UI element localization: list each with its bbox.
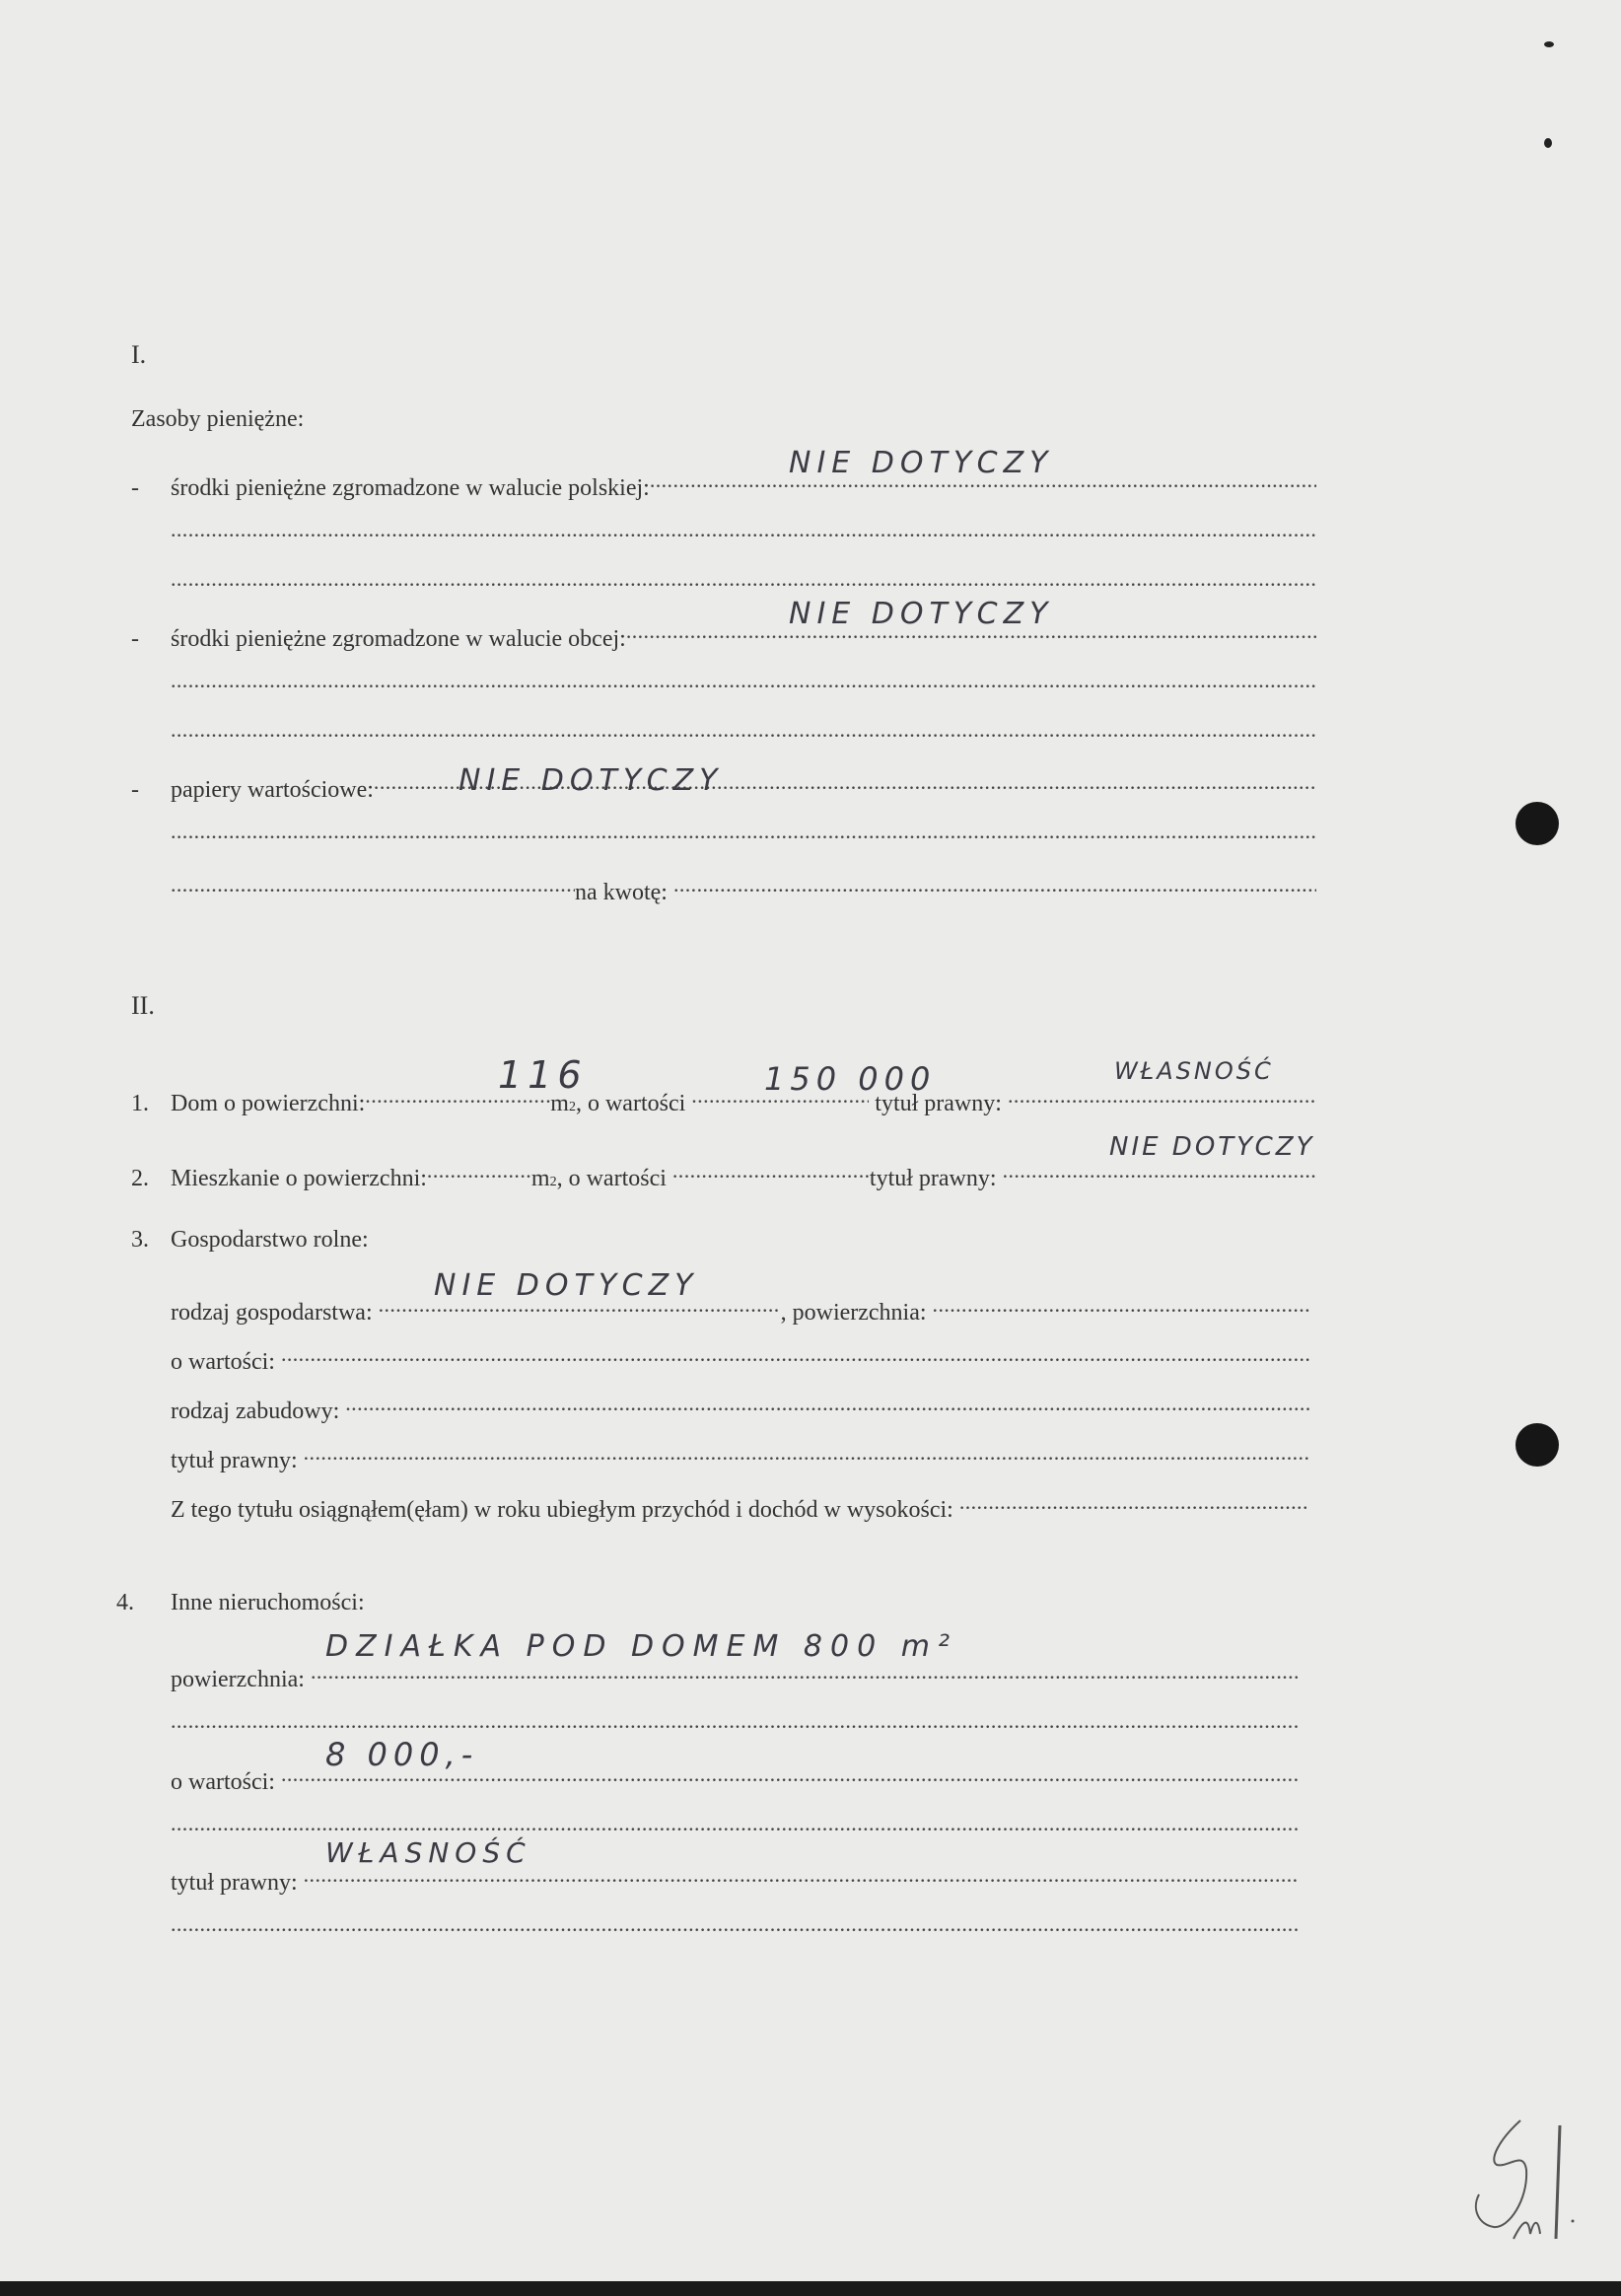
pln-funds-line-2[interactable] bbox=[171, 515, 1316, 544]
punch-hole-top bbox=[1515, 802, 1559, 845]
foreign-funds-handwritten: NIE DOTYCZY bbox=[789, 597, 1053, 631]
farm-value-field[interactable] bbox=[281, 1339, 1309, 1369]
securities-handwritten: NIE DOTYCZY bbox=[458, 763, 723, 798]
flat-area-field[interactable] bbox=[427, 1156, 531, 1185]
farm-type-handwritten: NIE DOTYCZY bbox=[434, 1268, 698, 1303]
punch-hole-bottom bbox=[1515, 1423, 1559, 1467]
foreign-funds-row: - środki pieniężne zgromadzone w walucie… bbox=[131, 616, 1316, 654]
scan-speck bbox=[1544, 41, 1554, 47]
pln-funds-line-3[interactable] bbox=[171, 564, 1316, 594]
other-value-handwritten: 8 000,- bbox=[325, 1736, 478, 1773]
house-title-handwritten: WŁASNOŚĆ bbox=[1114, 1057, 1274, 1085]
flat-value-field[interactable] bbox=[672, 1156, 870, 1185]
other-title-line-2[interactable] bbox=[171, 1909, 1298, 1939]
farm-type-row: rodzaj gospodarstwa: , powierzchnia: bbox=[171, 1290, 1309, 1327]
other-area-line-2[interactable] bbox=[171, 1706, 1298, 1736]
house-row: 1. Dom o powierzchni: m2 , o wartości ty… bbox=[131, 1081, 1316, 1118]
house-title-field[interactable] bbox=[1008, 1081, 1316, 1111]
house-area-handwritten: 116 bbox=[498, 1053, 588, 1097]
farm-area-field[interactable] bbox=[933, 1290, 1309, 1320]
foreign-funds-line-2[interactable] bbox=[171, 666, 1316, 695]
house-value-handwritten: 150 000 bbox=[764, 1060, 936, 1098]
signature-initials bbox=[1469, 2111, 1587, 2259]
farm-buildings-row: rodzaj zabudowy: bbox=[171, 1389, 1309, 1426]
scan-bottom-edge bbox=[0, 2281, 1621, 2296]
pln-funds-row: - środki pieniężne zgromadzone w walucie… bbox=[131, 466, 1316, 503]
securities-amount-field[interactable] bbox=[673, 870, 1316, 899]
section-1-heading: I. bbox=[131, 340, 146, 370]
farm-title-row: tytuł prawny: bbox=[171, 1438, 1309, 1475]
farm-value-row: o wartości: bbox=[171, 1339, 1309, 1377]
farm-income-row: Z tego tytułu osiągnąłem(ęłam) w roku ub… bbox=[171, 1487, 1309, 1525]
other-area-handwritten: DZIAŁKA POD DOMEM 800 m² bbox=[325, 1629, 957, 1664]
other-heading-row: 4. Inne nieruchomości: bbox=[116, 1588, 365, 1617]
section-1-subheading: Zasoby pieniężne: bbox=[131, 404, 304, 434]
securities-amount-row: na kwotę: bbox=[171, 870, 1316, 907]
foreign-funds-line-3[interactable] bbox=[171, 715, 1316, 745]
other-value-line-2[interactable] bbox=[171, 1809, 1298, 1838]
securities-row: - papiery wartościowe: bbox=[131, 767, 1316, 805]
section-2-heading: II. bbox=[131, 991, 155, 1021]
document-page: I. Zasoby pieniężne: - środki pieniężne … bbox=[0, 0, 1621, 2281]
farm-heading-row: 3. Gospodarstwo rolne: bbox=[131, 1225, 369, 1255]
scan-speck bbox=[1544, 138, 1552, 148]
farm-title-field[interactable] bbox=[304, 1438, 1309, 1468]
flat-title-handwritten: NIE DOTYCZY bbox=[1109, 1132, 1314, 1162]
securities-line-2[interactable] bbox=[171, 817, 1316, 846]
farm-income-field[interactable] bbox=[959, 1487, 1309, 1517]
farm-buildings-field[interactable] bbox=[345, 1389, 1309, 1418]
pln-funds-handwritten: NIE DOTYCZY bbox=[789, 446, 1053, 480]
other-title-handwritten: WŁASNOŚĆ bbox=[325, 1836, 531, 1869]
